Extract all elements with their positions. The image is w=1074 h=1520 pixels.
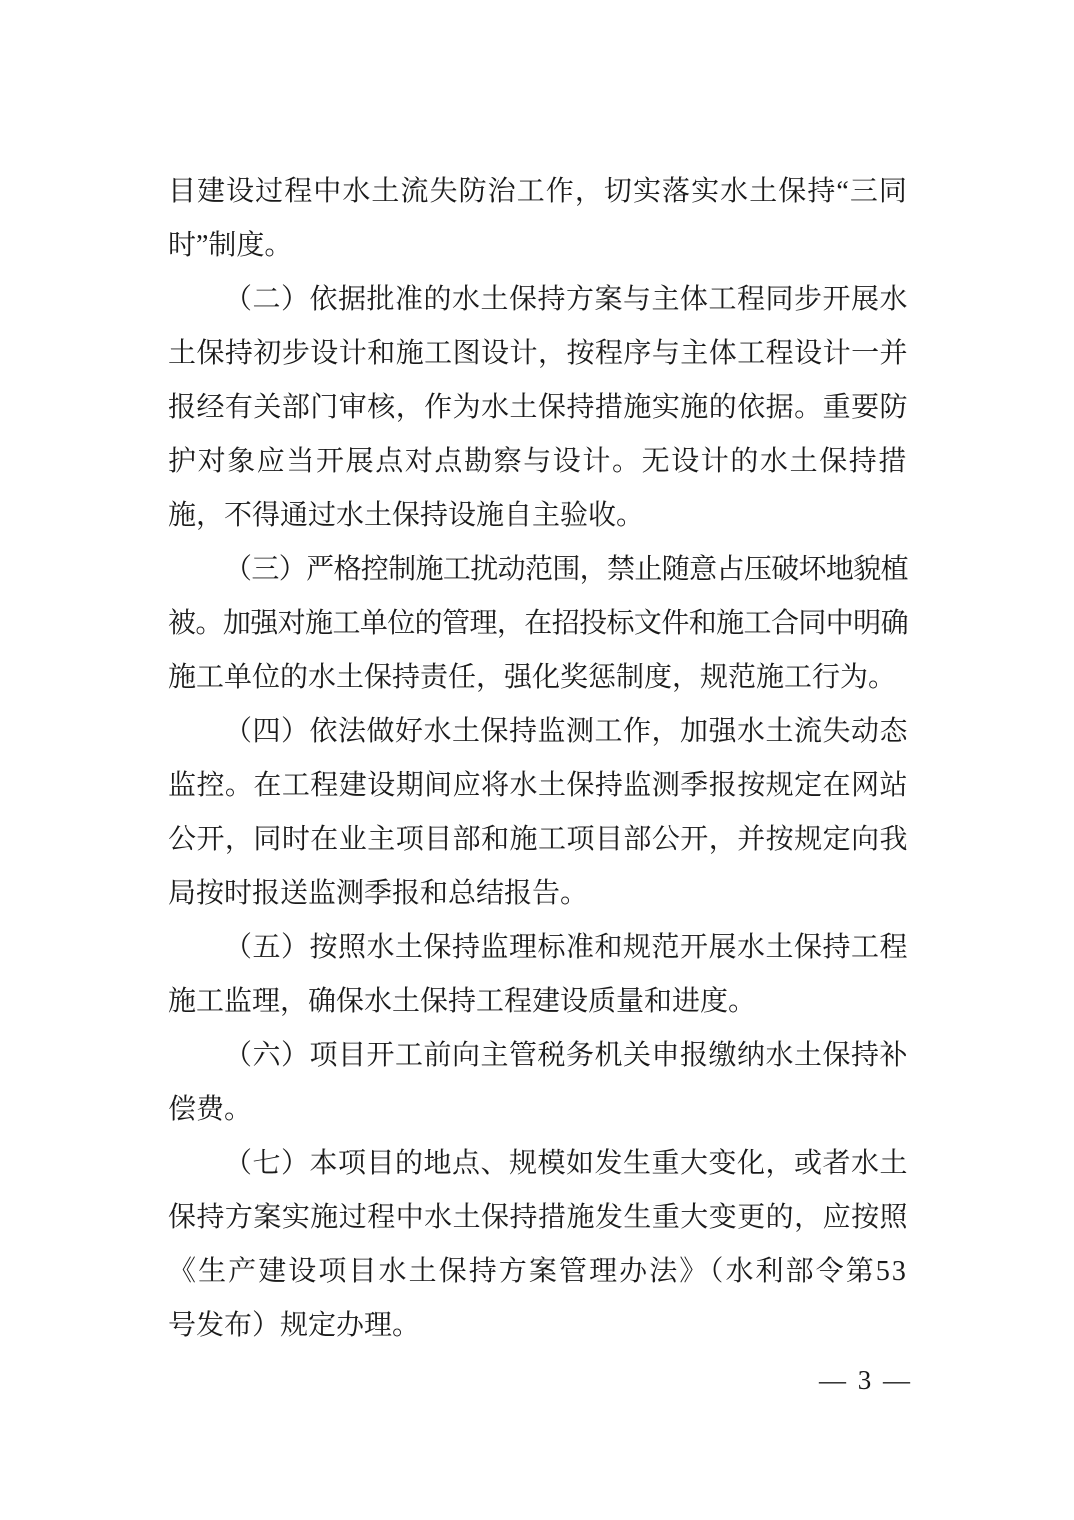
text-line-content: 被。加强对施工单位的管理，在招投标文件和施工合同中明确 bbox=[168, 608, 908, 639]
text-line: （四）依法做好水土保持监测工作，加强水土流失动态 bbox=[168, 705, 908, 759]
text-line-content: （四）依法做好水土保持监测工作，加强水土流失动态 bbox=[224, 716, 908, 747]
text-line-content: 保持方案实施过程中水土保持措施发生重大变更的，应按照 bbox=[168, 1202, 908, 1233]
text-line: 《生产建设项目水土保持方案管理办法》（水利部令第53 bbox=[168, 1245, 908, 1299]
text-line-content: 偿费。 bbox=[168, 1094, 252, 1125]
text-line: 目建设过程中水土流失防治工作，切实落实水土保持“三同 bbox=[168, 165, 908, 219]
text-line: （六）项目开工前向主管税务机关申报缴纳水土保持补 bbox=[168, 1029, 908, 1083]
text-line: （二）依据批准的水土保持方案与主体工程同步开展水 bbox=[168, 273, 908, 327]
text-line: 护对象应当开展点对点勘察与设计。无设计的水土保持措 bbox=[168, 435, 908, 489]
text-line-content: 施，不得通过水土保持设施自主验收。 bbox=[168, 500, 644, 531]
text-line-content: 公开，同时在业主项目部和施工项目部公开，并按规定向我 bbox=[168, 824, 908, 855]
text-line-content: 护对象应当开展点对点勘察与设计。无设计的水土保持措 bbox=[168, 446, 908, 477]
text-line: 局按时报送监测季报和总结报告。 bbox=[168, 867, 908, 921]
text-line: 被。加强对施工单位的管理，在招投标文件和施工合同中明确 bbox=[168, 597, 908, 651]
text-line: 保持方案实施过程中水土保持措施发生重大变更的，应按照 bbox=[168, 1191, 908, 1245]
text-line: 公开，同时在业主项目部和施工项目部公开，并按规定向我 bbox=[168, 813, 908, 867]
text-line: （五）按照水土保持监理标准和规范开展水土保持工程 bbox=[168, 921, 908, 975]
text-line: 监控。在工程建设期间应将水土保持监测季报按规定在网站 bbox=[168, 759, 908, 813]
text-line-content: 土保持初步设计和施工图设计，按程序与主体工程设计一并 bbox=[168, 338, 908, 369]
document-body: 目建设过程中水土流失防治工作，切实落实水土保持“三同时”制度。（二）依据批准的水… bbox=[168, 165, 908, 1353]
text-line-content: 监控。在工程建设期间应将水土保持监测季报按规定在网站 bbox=[168, 770, 908, 801]
text-line-content: （三）严格控制施工扰动范围，禁止随意占压破坏地貌植 bbox=[224, 554, 908, 585]
text-line: 偿费。 bbox=[168, 1083, 908, 1137]
text-line: 施工监理，确保水土保持工程建设质量和进度。 bbox=[168, 975, 908, 1029]
document-page: 目建设过程中水土流失防治工作，切实落实水土保持“三同时”制度。（二）依据批准的水… bbox=[0, 0, 1074, 1520]
text-line-content: 报经有关部门审核，作为水土保持措施实施的依据。重要防 bbox=[168, 392, 908, 423]
page-footer: — 3 — bbox=[819, 1360, 910, 1400]
text-line: （七）本项目的地点、规模如发生重大变化，或者水土 bbox=[168, 1137, 908, 1191]
text-line: 施工单位的水土保持责任，强化奖惩制度，规范施工行为。 bbox=[168, 651, 908, 705]
text-line-content: 局按时报送监测季报和总结报告。 bbox=[168, 878, 588, 909]
text-line-content: （六）项目开工前向主管税务机关申报缴纳水土保持补 bbox=[224, 1040, 908, 1071]
page-number: — 3 — bbox=[819, 1365, 910, 1395]
text-line-content: 施工单位的水土保持责任，强化奖惩制度，规范施工行为。 bbox=[168, 662, 896, 693]
text-line-content: 《生产建设项目水土保持方案管理办法》（水利部令第53 bbox=[168, 1256, 908, 1287]
text-line-content: 目建设过程中水土流失防治工作，切实落实水土保持“三同 bbox=[168, 176, 908, 207]
text-line: 施，不得通过水土保持设施自主验收。 bbox=[168, 489, 908, 543]
text-line-content: （二）依据批准的水土保持方案与主体工程同步开展水 bbox=[224, 284, 908, 315]
text-line: 时”制度。 bbox=[168, 219, 908, 273]
text-line: 报经有关部门审核，作为水土保持措施实施的依据。重要防 bbox=[168, 381, 908, 435]
text-line-content: （七）本项目的地点、规模如发生重大变化，或者水土 bbox=[224, 1148, 908, 1179]
text-line-content: 时”制度。 bbox=[168, 230, 292, 261]
text-line: （三）严格控制施工扰动范围，禁止随意占压破坏地貌植 bbox=[168, 543, 908, 597]
text-line-content: 号发布）规定办理。 bbox=[168, 1310, 420, 1341]
text-line: 号发布）规定办理。 bbox=[168, 1299, 908, 1353]
text-line-content: 施工监理，确保水土保持工程建设质量和进度。 bbox=[168, 986, 756, 1017]
text-line: 土保持初步设计和施工图设计，按程序与主体工程设计一并 bbox=[168, 327, 908, 381]
text-line-content: （五）按照水土保持监理标准和规范开展水土保持工程 bbox=[224, 932, 908, 963]
